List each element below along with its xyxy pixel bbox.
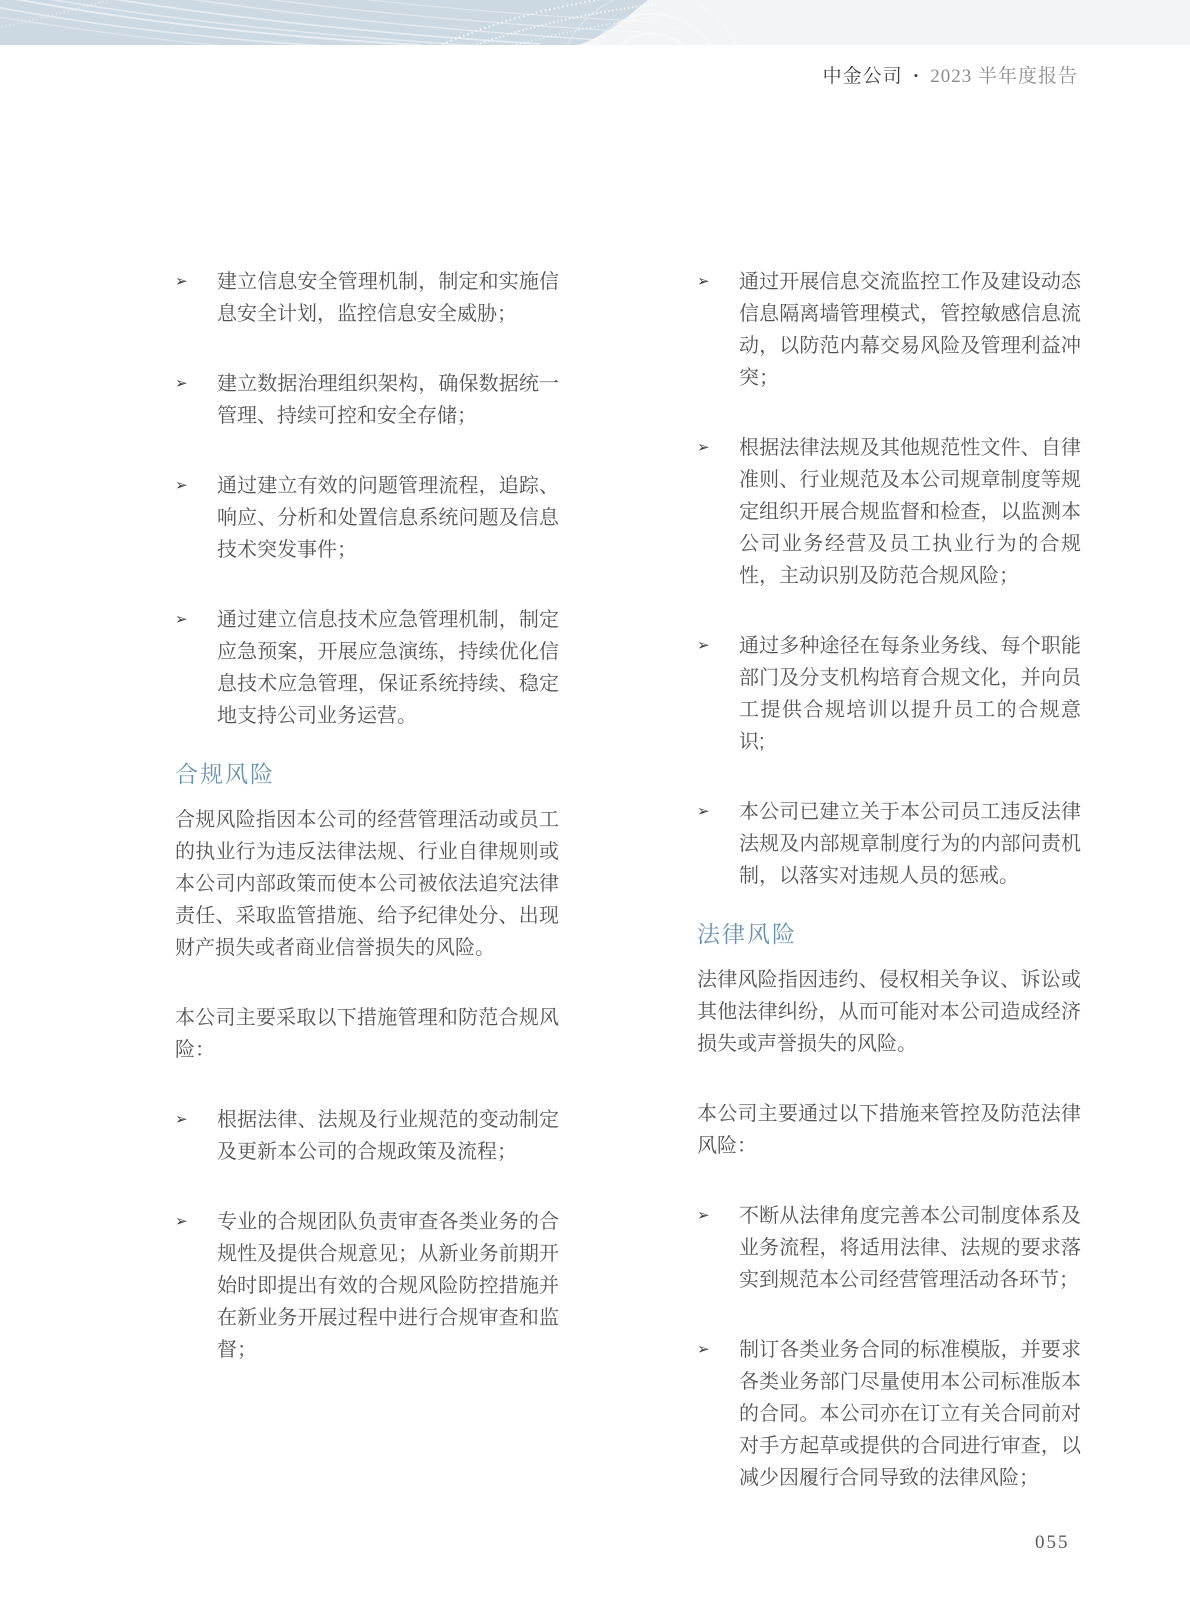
- page-header: 中金公司•2023 半年度报告: [0, 61, 1078, 88]
- bullet-text: 通过多种途径在每条业务线、每个职能部门及分支机构培育合规文化，并向员工提供合规培…: [739, 630, 1081, 758]
- arrow-bullet-icon: ➢: [175, 604, 217, 732]
- arrow-bullet-icon: ➢: [175, 470, 217, 566]
- bullet-item: ➢ 通过开展信息交流监控工作及建设动态信息隔离墙管理模式，管控敏感信息流动，以防…: [697, 266, 1081, 394]
- arrow-bullet-icon: ➢: [697, 1200, 739, 1296]
- report-page: 中金公司•2023 半年度报告 ➢ 建立信息安全管理机制，制定和实施信息安全计划…: [0, 0, 1190, 1615]
- bullet-text: 通过建立信息技术应急管理机制，制定应急预案，开展应急演练，持续优化信息技术应急管…: [217, 604, 559, 732]
- bullet-item: ➢ 通过多种途径在每条业务线、每个职能部门及分支机构培育合规文化，并向员工提供合…: [697, 630, 1081, 758]
- page-number: 055: [1035, 1532, 1070, 1554]
- header-separator-dot: •: [914, 68, 920, 83]
- arrow-bullet-icon: ➢: [175, 266, 217, 330]
- paragraph: 合规风险指因本公司的经营管理活动或员工的执业行为违反法律法规、行业自律规则或本公…: [175, 804, 559, 964]
- arrow-bullet-icon: ➢: [175, 1206, 217, 1366]
- bullet-item: ➢ 建立数据治理组织架构，确保数据统一管理、持续可控和安全存储；: [175, 368, 559, 432]
- company-name: 中金公司: [823, 66, 903, 87]
- bullet-text: 不断从法律角度完善本公司制度体系及业务流程，将适用法律、法规的要求落实到规范本公…: [739, 1200, 1081, 1296]
- arrow-bullet-icon: ➢: [175, 368, 217, 432]
- bullet-text: 根据法律、法规及行业规范的变动制定及更新本公司的合规政策及流程；: [217, 1104, 559, 1168]
- section-heading: 法律风险: [697, 918, 1081, 950]
- banner-arcs-graphic: [0, 0, 1190, 45]
- bullet-item: ➢ 根据法律法规及其他规范性文件、自律准则、行业规范及本公司规章制度等规定组织开…: [697, 432, 1081, 592]
- section-heading: 合规风险: [175, 758, 559, 790]
- bullet-text: 建立数据治理组织架构，确保数据统一管理、持续可控和安全存储；: [217, 368, 559, 432]
- report-title: 2023 半年度报告: [930, 66, 1078, 87]
- bullet-item: ➢ 制订各类业务合同的标准模版，并要求各类业务部门尽量使用本公司标准版本的合同。…: [697, 1334, 1081, 1494]
- bullet-item: ➢ 不断从法律角度完善本公司制度体系及业务流程，将适用法律、法规的要求落实到规范…: [697, 1200, 1081, 1296]
- bullet-text: 通过建立有效的问题管理流程，追踪、响应、分析和处置信息系统问题及信息技术突发事件…: [217, 470, 559, 566]
- bullet-text: 专业的合规团队负责审查各类业务的合规性及提供合规意见；从新业务前期开始时即提出有…: [217, 1206, 559, 1366]
- left-column: ➢ 建立信息安全管理机制，制定和实施信息安全计划，监控信息安全威胁； ➢ 建立数…: [175, 266, 559, 1404]
- decorative-banner: [0, 0, 1190, 45]
- paragraph: 法律风险指因违约、侵权相关争议、诉讼或其他法律纠纷，从而可能对本公司造成经济损失…: [697, 964, 1081, 1060]
- bullet-item: ➢ 通过建立有效的问题管理流程，追踪、响应、分析和处置信息系统问题及信息技术突发…: [175, 470, 559, 566]
- bullet-item: ➢ 通过建立信息技术应急管理机制，制定应急预案，开展应急演练，持续优化信息技术应…: [175, 604, 559, 732]
- bullet-text: 通过开展信息交流监控工作及建设动态信息隔离墙管理模式，管控敏感信息流动，以防范内…: [739, 266, 1081, 394]
- bullet-item: ➢ 专业的合规团队负责审查各类业务的合规性及提供合规意见；从新业务前期开始时即提…: [175, 1206, 559, 1366]
- arrow-bullet-icon: ➢: [697, 630, 739, 758]
- bullet-item: ➢ 本公司已建立关于本公司员工违反法律法规及内部规章制度行为的内部问责机制，以落…: [697, 796, 1081, 892]
- right-column: ➢ 通过开展信息交流监控工作及建设动态信息隔离墙管理模式，管控敏感信息流动，以防…: [697, 266, 1081, 1532]
- bullet-text: 制订各类业务合同的标准模版，并要求各类业务部门尽量使用本公司标准版本的合同。本公…: [739, 1334, 1081, 1494]
- paragraph: 本公司主要采取以下措施管理和防范合规风险：: [175, 1002, 559, 1066]
- arrow-bullet-icon: ➢: [697, 432, 739, 592]
- arrow-bullet-icon: ➢: [697, 266, 739, 394]
- arrow-bullet-icon: ➢: [697, 796, 739, 892]
- arrow-bullet-icon: ➢: [175, 1104, 217, 1168]
- bullet-text: 本公司已建立关于本公司员工违反法律法规及内部规章制度行为的内部问责机制，以落实对…: [739, 796, 1081, 892]
- paragraph: 本公司主要通过以下措施来管控及防范法律风险：: [697, 1098, 1081, 1162]
- bullet-item: ➢ 根据法律、法规及行业规范的变动制定及更新本公司的合规政策及流程；: [175, 1104, 559, 1168]
- bullet-text: 根据法律法规及其他规范性文件、自律准则、行业规范及本公司规章制度等规定组织开展合…: [739, 432, 1081, 592]
- arrow-bullet-icon: ➢: [697, 1334, 739, 1494]
- bullet-item: ➢ 建立信息安全管理机制，制定和实施信息安全计划，监控信息安全威胁；: [175, 266, 559, 330]
- bullet-text: 建立信息安全管理机制，制定和实施信息安全计划，监控信息安全威胁；: [217, 266, 559, 330]
